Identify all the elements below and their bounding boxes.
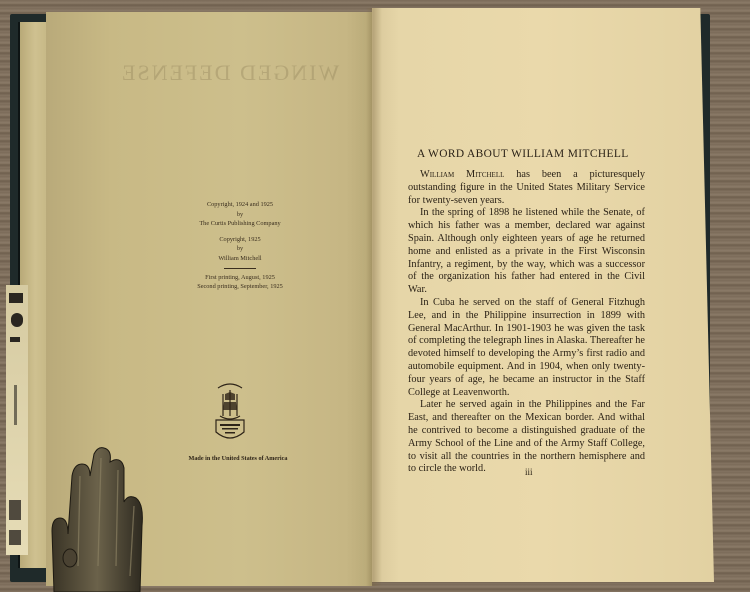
copyright-line: Copyright, 1925 (170, 235, 310, 245)
paragraph: In the spring of 1898 he listened while … (408, 207, 645, 297)
paragraph: William Mitchell has been a picturesquel… (408, 169, 645, 207)
copyright-line: William Mitchell (170, 254, 310, 264)
page-number: iii (525, 467, 533, 477)
copyright-line: The Curtis Publishing Company (170, 219, 310, 229)
book-gutter (366, 8, 382, 586)
bleed-through-text: WINGED DEFENSE (120, 60, 339, 86)
copyright-line: by (170, 210, 310, 220)
copyright-notice: Copyright, 1924 and 1925 by The Curtis P… (170, 200, 310, 292)
copyright-line: Copyright, 1924 and 1925 (170, 200, 310, 210)
divider-rule (224, 268, 256, 269)
chapter-title: A WORD ABOUT WILLIAM MITCHELL (417, 148, 629, 160)
made-in-notice: Made in the United States of America (178, 455, 298, 462)
body-text: William Mitchell has been a picturesquel… (408, 169, 645, 476)
printing-line: Second printing, September, 1925 (170, 282, 310, 292)
paragraph: In Cuba he served on the staff of Genera… (408, 297, 645, 399)
bronze-hand-figurine-icon (44, 446, 154, 592)
printing-line: First printing, August, 1925 (170, 273, 310, 283)
copyright-line: by (170, 244, 310, 254)
book-spine-strip (6, 285, 28, 555)
paragraph-lead: William Mitchell (420, 169, 504, 180)
ship-emblem-icon (208, 380, 252, 450)
paragraph: Later he served again in the Philippines… (408, 399, 645, 476)
